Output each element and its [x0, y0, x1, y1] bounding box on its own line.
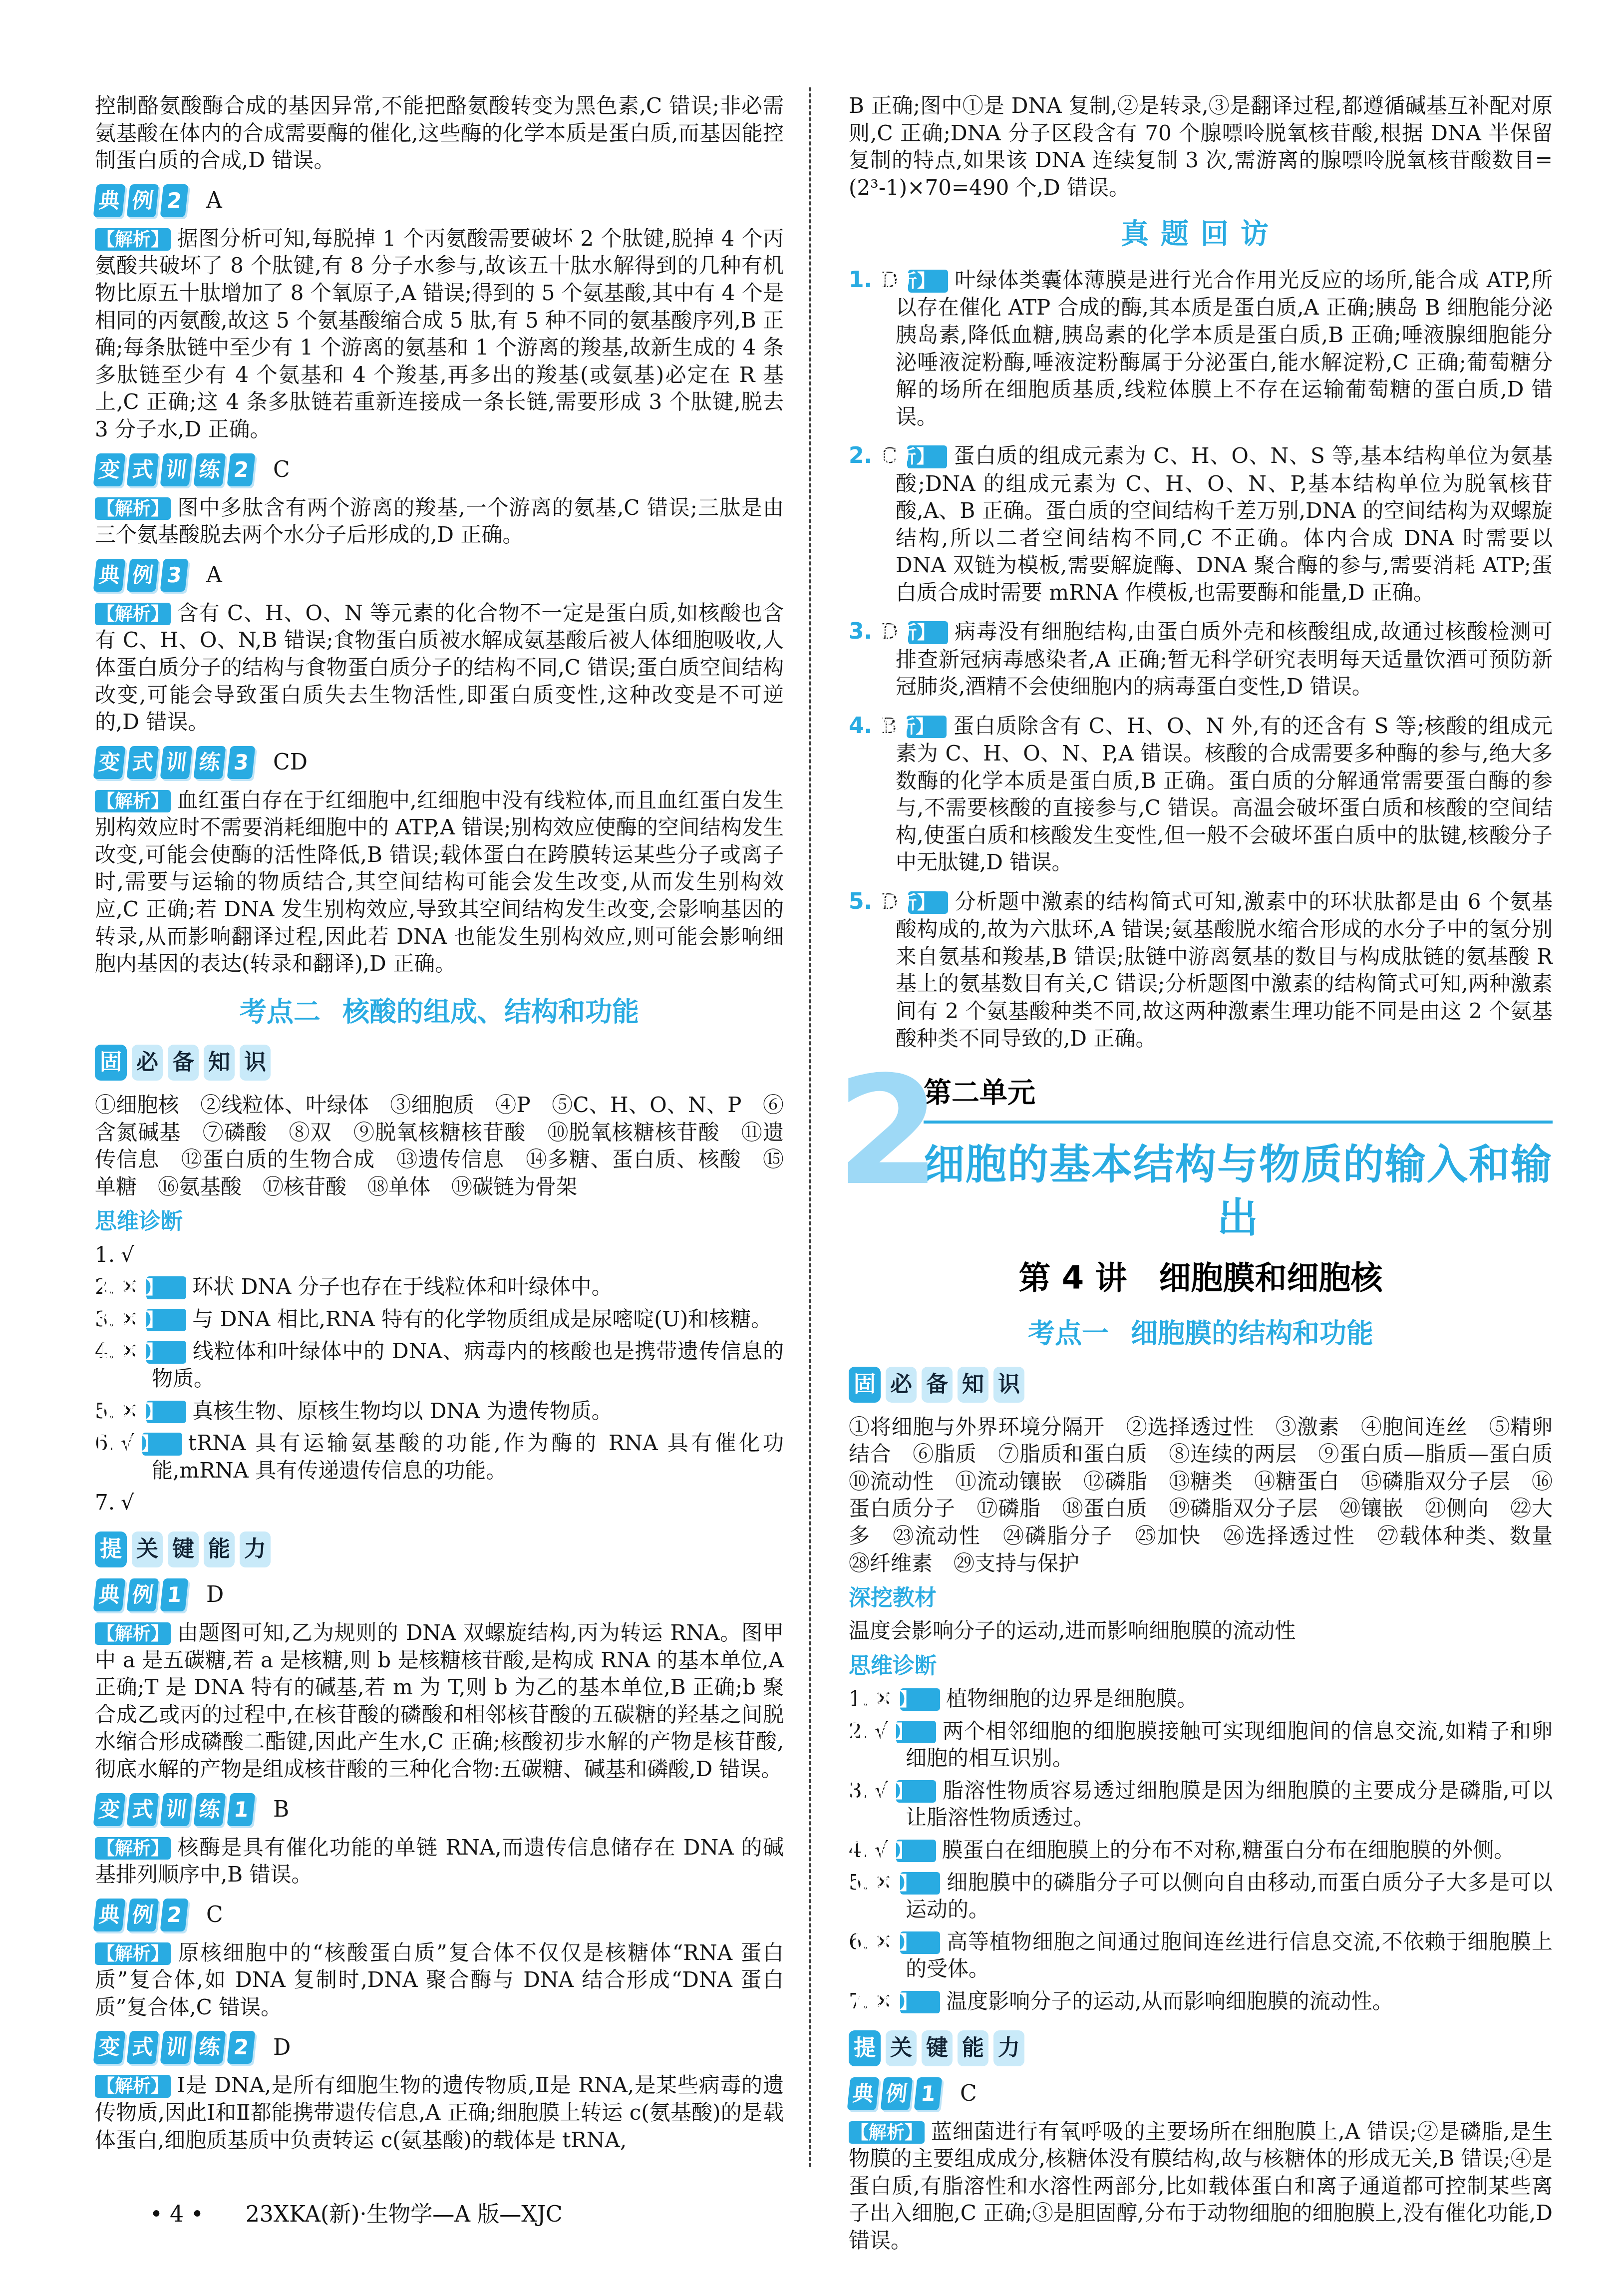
analysis-label: 【解析】 [849, 2121, 925, 2144]
analysis-label: 【解析】 [95, 228, 171, 251]
example-badge-number: 3 [227, 746, 256, 779]
example-answer: CD [273, 748, 308, 776]
analysis-label: 【解析】 [908, 891, 948, 914]
example-badge-char: 典 [847, 2077, 880, 2110]
diagnosis-item: 4.✕【解析】线粒体和叶绿体中的 DNA、病毒内的核酸也是携带遗传信息的物质。 [95, 1338, 784, 1392]
ability-char: 必 [132, 1045, 163, 1081]
example-badge-char: 式 [127, 453, 159, 486]
analysis-paragraph: 【解析】原核细胞中的“核酸蛋白质”复合体不仅仅是核糖体“RNA 蛋白质”复合体,… [95, 1939, 784, 2021]
analysis-label: 【解析】 [95, 1942, 171, 1965]
analysis-paragraph: 【解析】据图分析可知,每脱掉 1 个丙氨酸需要破坏 2 个肽键,脱掉 4 个丙氨… [95, 225, 784, 443]
analysis-text: 蓝细菌进行有氧呼吸的主要场所在细胞膜上,A 错误;②是磷脂,是生物膜的主要组成成… [849, 2119, 1553, 2253]
paragraph: 温度会影响分子的运动,进而影响细胞膜的流动性 [849, 1617, 1553, 1645]
example-badge-char: 式 [127, 2031, 159, 2064]
diagnosis-text: 植物细胞的边界是细胞膜。 [946, 1686, 1198, 1711]
section-title: 核酸的组成、结构和功能 [342, 996, 639, 1028]
example-badge-char: 练 [194, 1793, 226, 1826]
example-badge-number: 1 [160, 1578, 189, 1611]
sub-heading: 深挖教材 [849, 1584, 1553, 1612]
diagnosis-item: 1.√ [95, 1241, 784, 1269]
diagnosis-text: 两个相邻细胞的细胞膜接触可实现细胞间的信息交流,如精子和卵细胞的相互识别。 [906, 1719, 1553, 1771]
example-answer: C [206, 1901, 223, 1929]
diagnosis-number: 1. [95, 1242, 115, 1267]
example-badge-char: 变 [93, 2031, 126, 2064]
lecture-title: 第 4 讲 细胞膜和细胞核 [849, 1258, 1553, 1299]
analysis-paragraph: 【解析】图中多肽含有两个游离的羧基,一个游离的氨基,C 错误;三肽是由三个氨基酸… [95, 494, 784, 549]
ability-char: 能 [958, 2030, 988, 2066]
example-badge-row: 典例2C [95, 1899, 784, 1931]
diagnosis-text: 真核生物、原核生物均以 DNA 为遗传物质。 [192, 1399, 612, 1423]
analysis-paragraph: 【解析】由题图可知,乙为规则的 DNA 双螺旋结构,丙为转运 RNA。图甲中 a… [95, 1619, 784, 1783]
ability-char: 识 [993, 1367, 1024, 1403]
diagnosis-text: tRNA 具有运输氨基酸的功能,作为酶的 RNA 具有催化功能,mRNA 具有传… [152, 1431, 784, 1483]
example-badge-number: 2 [227, 2031, 256, 2064]
diagnosis-item: 2.√【解析】两个相邻细胞的细胞膜接触可实现细胞间的信息交流,如精子和卵细胞的相… [849, 1718, 1553, 1772]
analysis-text: 图中多肽含有两个游离的羧基,一个游离的氨基,C 错误;三肽是由三个氨基酸脱去两个… [95, 495, 784, 547]
example-badge-row: 典例2A [95, 184, 784, 217]
analysis-label: 【解析】 [95, 603, 171, 625]
analysis-label: 【解析】 [95, 1622, 171, 1645]
example-badge-char: 训 [160, 746, 193, 779]
example-badge-char: 练 [194, 2031, 226, 2064]
knowledge-list: ①细胞核 ②线粒体、叶绿体 ③细胞质 ④P ⑤C、H、O、N、P ⑥含氮碱基 ⑦… [95, 1092, 784, 1200]
edition-label: 23XKA(新)·生物学—A 版—XJC [246, 2202, 563, 2227]
example-badge-char: 典 [93, 1899, 126, 1931]
example-badge-number: 3 [160, 559, 189, 592]
example-badge-char: 典 [93, 559, 126, 592]
diagnosis-text: 温度影响分子的运动,从而影响细胞膜的流动性。 [946, 1989, 1393, 2013]
example-answer: D [206, 1580, 224, 1609]
analysis-label: 【解析】 [95, 497, 171, 520]
analysis-label: 【解析】 [95, 1837, 171, 1860]
example-answer: A [206, 186, 222, 215]
example-badge-number: 2 [160, 1899, 189, 1931]
ability-char: 识 [240, 1045, 271, 1081]
diagnosis-item: 1.✕【解析】植物细胞的边界是细胞膜。 [849, 1685, 1553, 1713]
exam-item: 1.D【解析】叶绿体类囊体薄膜是进行光合作用光反应的场所,能合成 ATP,所以存… [849, 266, 1553, 430]
analysis-label: 【解析】 [900, 1872, 940, 1895]
analysis-text: Ⅰ是 DNA,是所有细胞生物的遗传物质,Ⅱ是 RNA,是某些病毒的遗传物质,因此… [95, 2073, 784, 2152]
example-badge-number: 2 [160, 184, 189, 217]
unit-title: 细胞的基本结构与物质的输入和输出 [924, 1139, 1553, 1245]
example-badge-char: 典 [93, 184, 126, 217]
section-kaodian: 考点二 [240, 996, 321, 1028]
example-badge-row: 变式训练2D [95, 2031, 784, 2064]
ability-badge-row: 提关键能力 [95, 1531, 784, 1567]
ability-char: 关 [132, 1531, 163, 1567]
section-kaodian: 考点一 [1028, 1318, 1109, 1349]
section-title: 细胞膜的结构和功能 [1131, 1318, 1373, 1349]
ability-badge-row: 提关键能力 [849, 2030, 1553, 2066]
ability-char: 备 [168, 1045, 199, 1081]
example-badge-char: 训 [160, 1793, 193, 1826]
page-footer: • 4 • 23XKA(新)·生物学—A 版—XJC [150, 2196, 563, 2228]
ability-char: 关 [886, 2030, 917, 2066]
analysis-label: 【解析】 [146, 1309, 186, 1331]
analysis-label: 【解析】 [907, 445, 947, 468]
example-badge-char: 变 [93, 746, 126, 779]
diagnosis-number: 7. [95, 1490, 115, 1515]
diagnosis-text: 高等植物细胞之间通过胞间连丝进行信息交流,不依赖于细胞膜上的受体。 [906, 1929, 1553, 1981]
analysis-label: 【解析】 [146, 1341, 186, 1363]
example-badge-char: 变 [93, 1793, 126, 1826]
exam-text: 病毒没有细胞结构,由蛋白质外壳和核酸组成,故通过核酸检测可排查新冠病毒感染者,A… [896, 619, 1553, 699]
diagnosis-item: 3.√【解析】脂溶性物质容易透过细胞膜是因为细胞膜的主要成分是磷脂,可以让脂溶性… [849, 1777, 1553, 1832]
example-badge-char: 练 [194, 453, 226, 486]
analysis-paragraph: 【解析】血红蛋白存在于红细胞中,红细胞中没有线粒体,而且血红蛋白发生别构效应时不… [95, 787, 784, 978]
exam-recall-header: 真题回访 [849, 216, 1553, 253]
diagnosis-item: 6.✕【解析】高等植物细胞之间通过胞间连丝进行信息交流,不依赖于细胞膜上的受体。 [849, 1928, 1553, 1983]
example-badge-number: 2 [227, 453, 256, 486]
example-answer: C [960, 2079, 977, 2108]
analysis-paragraph: 【解析】蓝细菌进行有氧呼吸的主要场所在细胞膜上,A 错误;②是磷脂,是生物膜的主… [849, 2118, 1553, 2255]
ability-lead-char: 提 [95, 1531, 127, 1567]
ability-lead-char: 固 [95, 1045, 127, 1081]
diagnosis-item: 5.✕【解析】细胞膜中的磷脂分子可以侧向自由移动,而蛋白质分子大多是可以运动的。 [849, 1869, 1553, 1923]
diagnosis-text: 细胞膜中的磷脂分子可以侧向自由移动,而蛋白质分子大多是可以运动的。 [906, 1870, 1553, 1922]
exam-item: 5.D【解析】分析题中激素的结构简式可知,激素中的环状肽都是由 6 个氨基酸构成… [849, 887, 1553, 1052]
unit-number: 2 [836, 1060, 941, 1202]
diagnosis-item: 4.√【解析】膜蛋白在细胞膜上的分布不对称,糖蛋白分布在细胞膜的外侧。 [849, 1837, 1553, 1864]
example-badge-char: 例 [881, 2077, 913, 2110]
example-badge-row: 典例3A [95, 559, 784, 592]
example-badge-char: 例 [127, 1899, 159, 1931]
diagnosis-item: 7.✕【解析】温度影响分子的运动,从而影响细胞膜的流动性。 [849, 1988, 1553, 2015]
unit-label: 第二单元 [924, 1075, 1553, 1112]
paragraph: 控制酪氨酸酶合成的基因异常,不能把酪氨酸转变为黑色素,C 错误;非必需氨基酸在体… [95, 92, 784, 174]
sub-heading: 思维诊断 [95, 1207, 784, 1236]
analysis-label: 【解析】 [896, 1721, 936, 1743]
right-column: B 正确;图中①是 DNA 复制,②是转录,③是翻译过程,都遵循碱基互补配对原则… [849, 92, 1553, 2259]
analysis-paragraph: 【解析】核酶是具有催化功能的单链 RNA,而遗传信息储存在 DNA 的碱基排列顺… [95, 1834, 784, 1889]
page-number: • 4 • [150, 2202, 204, 2227]
ability-char: 知 [204, 1045, 235, 1081]
example-badge-char: 例 [127, 184, 159, 217]
analysis-label: 【解析】 [908, 270, 948, 292]
analysis-label: 【解析】 [146, 1276, 186, 1299]
analysis-label: 【解析】 [900, 1688, 940, 1711]
exam-item: 3.D【解析】病毒没有细胞结构,由蛋白质外壳和核酸组成,故通过核酸检测可排查新冠… [849, 617, 1553, 700]
example-badge-number: 1 [227, 1793, 256, 1826]
diagnosis-item: 2.✕【解析】环状 DNA 分子也存在于线粒体和叶绿体中。 [95, 1273, 784, 1301]
diagnosis-text: 与 DNA 相比,RNA 特有的化学物质组成是尿嘧啶(U)和核糖。 [192, 1307, 772, 1331]
example-badge-row: 变式训练2C [95, 453, 784, 486]
example-badge-row: 典例1D [95, 1578, 784, 1611]
ability-char: 力 [240, 1531, 271, 1567]
analysis-text: 由题图可知,乙为规则的 DNA 双螺旋结构,丙为转运 RNA。图甲中 a 是五碳… [95, 1620, 784, 1781]
diagnosis-text: 线粒体和叶绿体中的 DNA、病毒内的核酸也是携带遗传信息的物质。 [152, 1339, 784, 1391]
ability-badge-row: 固必备知识 [95, 1045, 784, 1081]
diagnosis-text: 环状 DNA 分子也存在于线粒体和叶绿体中。 [192, 1274, 612, 1299]
ability-lead-char: 固 [849, 1367, 881, 1403]
example-badge-char: 例 [127, 1578, 159, 1611]
analysis-label: 【解析】 [95, 790, 171, 812]
exam-text: 分析题中激素的结构简式可知,激素中的环状肽都是由 6 个氨基酸构成的,故为六肽环… [896, 889, 1553, 1051]
diagnosis-item: 6.√【解析】tRNA 具有运输氨基酸的功能,作为酶的 RNA 具有催化功能,m… [95, 1430, 784, 1484]
diagnosis-mark: √ [121, 1242, 134, 1267]
example-badge-char: 练 [194, 746, 226, 779]
analysis-text: 据图分析可知,每脱掉 1 个丙氨酸需要破坏 2 个肽键,脱掉 4 个丙氨酸共破坏… [95, 226, 784, 441]
ability-char: 知 [958, 1367, 988, 1403]
ability-char: 键 [168, 1531, 199, 1567]
analysis-paragraph: 【解析】Ⅰ是 DNA,是所有细胞生物的遗传物质,Ⅱ是 RNA,是某些病毒的遗传物… [95, 2072, 784, 2154]
analysis-paragraph: 【解析】含有 C、H、O、N 等元素的化合物不一定是蛋白质,如核酸也含有 C、H… [95, 600, 784, 736]
exam-text: 叶绿体类囊体薄膜是进行光合作用光反应的场所,能合成 ATP,所以存在催化 ATP… [896, 268, 1553, 429]
unit-header: 2第二单元细胞的基本结构与物质的输入和输出 [849, 1075, 1553, 1245]
exam-item: 4.B【解析】蛋白质除含有 C、H、O、N 外,有的还含有 S 等;核酸的组成元… [849, 712, 1553, 876]
section-header: 考点二核酸的组成、结构和功能 [95, 995, 784, 1030]
workbook-answer-page: 控制酪氨酸酶合成的基因异常,不能把酪氨酸转变为黑色素,C 错误;非必需氨基酸在体… [0, 0, 1619, 2296]
example-badge-char: 训 [160, 453, 193, 486]
analysis-label: 【解析】 [896, 1840, 936, 1862]
analysis-text: 核酶是具有催化功能的单链 RNA,而遗传信息储存在 DNA 的碱基排列顺序中,B… [95, 1835, 784, 1887]
example-badge-number: 1 [914, 2077, 943, 2110]
exam-item: 2.C【解析】蛋白质的组成元素为 C、H、O、N、S 等,基本结构单位为氨基酸;… [849, 441, 1553, 606]
example-badge-char: 变 [93, 453, 126, 486]
diagnosis-item: 3.✕【解析】与 DNA 相比,RNA 特有的化学物质组成是尿嘧啶(U)和核糖。 [95, 1306, 784, 1333]
diagnosis-item: 5.✕【解析】真核生物、原核生物均以 DNA 为遗传物质。 [95, 1398, 784, 1425]
analysis-label: 【解析】 [95, 2075, 171, 2097]
example-badge-row: 变式训练3CD [95, 746, 784, 779]
analysis-label: 【解析】 [907, 716, 947, 738]
example-badge-char: 典 [93, 1578, 126, 1611]
analysis-label: 【解析】 [900, 1931, 940, 1954]
diagnosis-mark: √ [121, 1490, 134, 1515]
example-answer: A [206, 561, 222, 589]
ability-char: 能 [204, 1531, 235, 1567]
example-answer: D [273, 2033, 291, 2062]
ability-lead-char: 提 [849, 2030, 881, 2066]
paragraph: B 正确;图中①是 DNA 复制,②是转录,③是翻译过程,都遵循碱基互补配对原则… [849, 92, 1553, 201]
analysis-text: 含有 C、H、O、N 等元素的化合物不一定是蛋白质,如核酸也含有 C、H、O、N… [95, 601, 784, 734]
example-badge-row: 典例1C [849, 2077, 1553, 2110]
ability-char: 力 [993, 2030, 1024, 2066]
ability-char: 必 [886, 1367, 917, 1403]
ability-char: 备 [922, 1367, 953, 1403]
example-badge-char: 训 [160, 2031, 193, 2064]
diagnosis-item: 7.√ [95, 1489, 784, 1517]
ability-char: 键 [922, 2030, 953, 2066]
example-badge-char: 式 [127, 746, 159, 779]
knowledge-list: ①将细胞与外界环境分隔开 ②选择透过性 ③激素 ④胞间连丝 ⑤精卵结合 ⑥脂质 … [849, 1414, 1553, 1577]
exam-text: 蛋白质除含有 C、H、O、N 外,有的还含有 S 等;核酸的组成元素为 C、H、… [896, 714, 1553, 875]
analysis-label: 【解析】 [896, 1780, 936, 1803]
analysis-text: 血红蛋白存在于红细胞中,红细胞中没有线粒体,而且血红蛋白发生别构效应时不需要消耗… [95, 788, 784, 976]
sub-heading: 思维诊断 [849, 1652, 1553, 1680]
section-header: 考点一细胞膜的结构和功能 [849, 1316, 1553, 1351]
example-answer: B [273, 1795, 289, 1824]
analysis-label: 【解析】 [142, 1433, 182, 1455]
left-column: 控制酪氨酸酶合成的基因异常,不能把酪氨酸转变为黑色素,C 错误;非必需氨基酸在体… [95, 92, 784, 2158]
analysis-label: 【解析】 [908, 621, 948, 644]
example-badge-char: 式 [127, 1793, 159, 1826]
diagnosis-text: 脂溶性物质容易透过细胞膜是因为细胞膜的主要成分是磷脂,可以让脂溶性物质透过。 [906, 1778, 1553, 1830]
unit-rule [924, 1121, 1553, 1124]
column-divider [809, 87, 811, 2167]
example-badge-char: 例 [127, 559, 159, 592]
exam-text: 蛋白质的组成元素为 C、H、O、N、S 等,基本结构单位为氨基酸;DNA 的组成… [896, 443, 1553, 605]
analysis-label: 【解析】 [146, 1401, 186, 1423]
diagnosis-text: 膜蛋白在细胞膜上的分布不对称,糖蛋白分布在细胞膜的外侧。 [942, 1838, 1515, 1862]
example-answer: C [273, 455, 290, 484]
analysis-text: 原核细胞中的“核酸蛋白质”复合体不仅仅是核糖体“RNA 蛋白质”复合体,如 DN… [95, 1940, 784, 2019]
analysis-label: 【解析】 [900, 1991, 940, 2013]
ability-badge-row: 固必备知识 [849, 1367, 1553, 1403]
example-badge-row: 变式训练1B [95, 1793, 784, 1826]
